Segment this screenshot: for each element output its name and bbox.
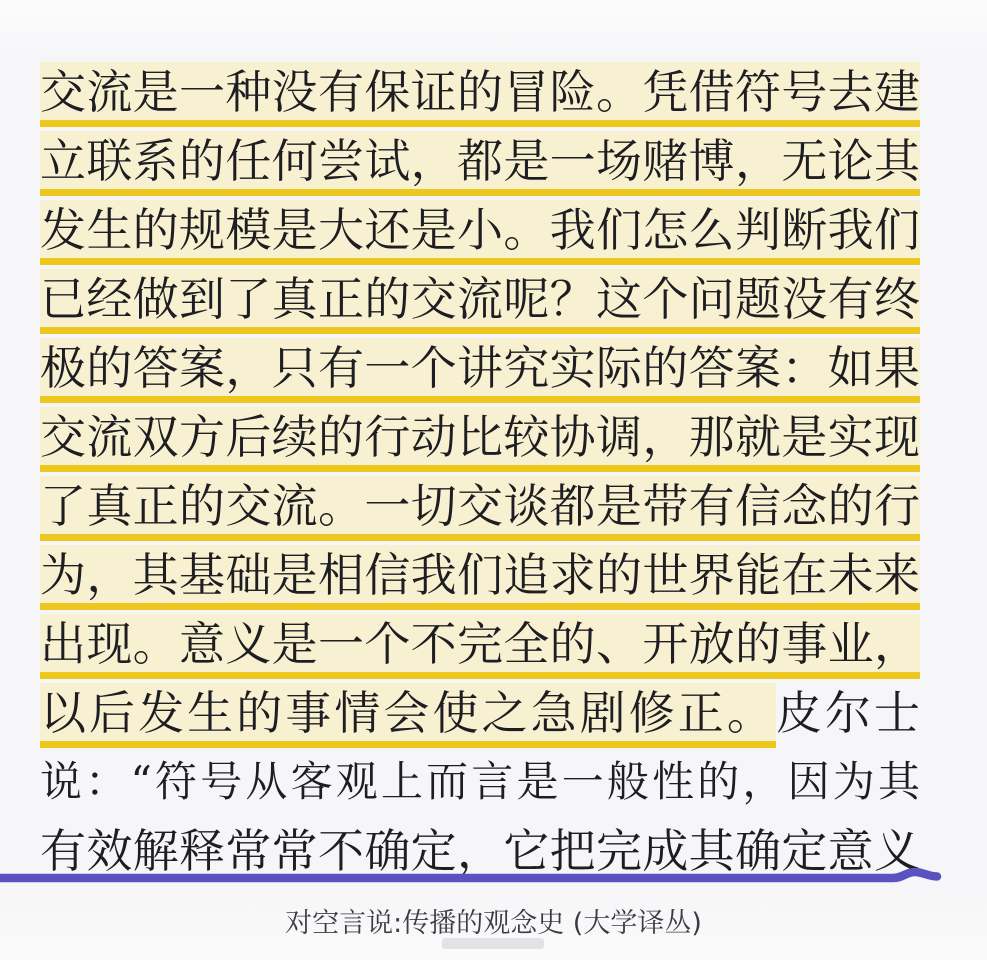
highlight-span[interactable]: 以后发生的事情会使之急剧修正。 [40,683,776,748]
plain-text-span: 说：“符号从客观上而言是一般性的，因为其 [40,757,920,806]
text-line: 说：“符号从客观上而言是一般性的，因为其 [40,752,920,814]
highlight-span[interactable]: 立联系的任何尝试，都是一场赌博，无论其 [40,131,920,196]
text-line: 发生的规模是大还是小。我们怎么判断我们 [40,200,920,262]
highlight-span[interactable]: 出现。意义是一个不完全的、开放的事业， [40,614,920,679]
highlight-span[interactable]: 为，其基础是相信我们追求的世界能在未来 [40,545,920,610]
text-line: 以后发生的事情会使之急剧修正。皮尔士 [40,683,920,745]
text-line: 为，其基础是相信我们追求的世界能在未来 [40,545,920,607]
book-title: 对空言说:传播的观念史 (大学译丛) [0,906,987,942]
text-line: 交流是一种没有保证的冒险。凭借符号去建 [40,62,920,124]
highlight-span[interactable]: 交流双方后续的行动比较协调，那就是实现 [40,407,920,472]
text-line: 极的答案，只有一个讲究实际的答案：如果 [40,338,920,400]
purple-marker-underline[interactable] [0,867,945,887]
highlight-span[interactable]: 交流是一种没有保证的冒险。凭借符号去建 [40,62,920,127]
highlight-span[interactable]: 已经做到了真正的交流呢？这个问题没有终 [40,269,920,334]
text-line: 交流双方后续的行动比较协调，那就是实现 [40,407,920,469]
highlight-span[interactable]: 极的答案，只有一个讲究实际的答案：如果 [40,338,920,403]
text-line: 了真正的交流。一切交谈都是带有信念的行 [40,476,920,538]
text-line: 出现。意义是一个不完全的、开放的事业， [40,614,920,676]
passage-text: 交流是一种没有保证的冒险。凭借符号去建 立联系的任何尝试，都是一场赌博，无论其 … [40,62,920,890]
text-line: 已经做到了真正的交流呢？这个问题没有终 [40,269,920,331]
reader-page[interactable]: 交流是一种没有保证的冒险。凭借符号去建 立联系的任何尝试，都是一场赌博，无论其 … [0,0,987,960]
highlight-span[interactable]: 发生的规模是大还是小。我们怎么判断我们 [40,200,920,265]
highlight-span[interactable]: 了真正的交流。一切交谈都是带有信念的行 [40,476,920,541]
text-line: 立联系的任何尝试，都是一场赌博，无论其 [40,131,920,193]
plain-text-span: 皮尔士 [776,686,920,740]
